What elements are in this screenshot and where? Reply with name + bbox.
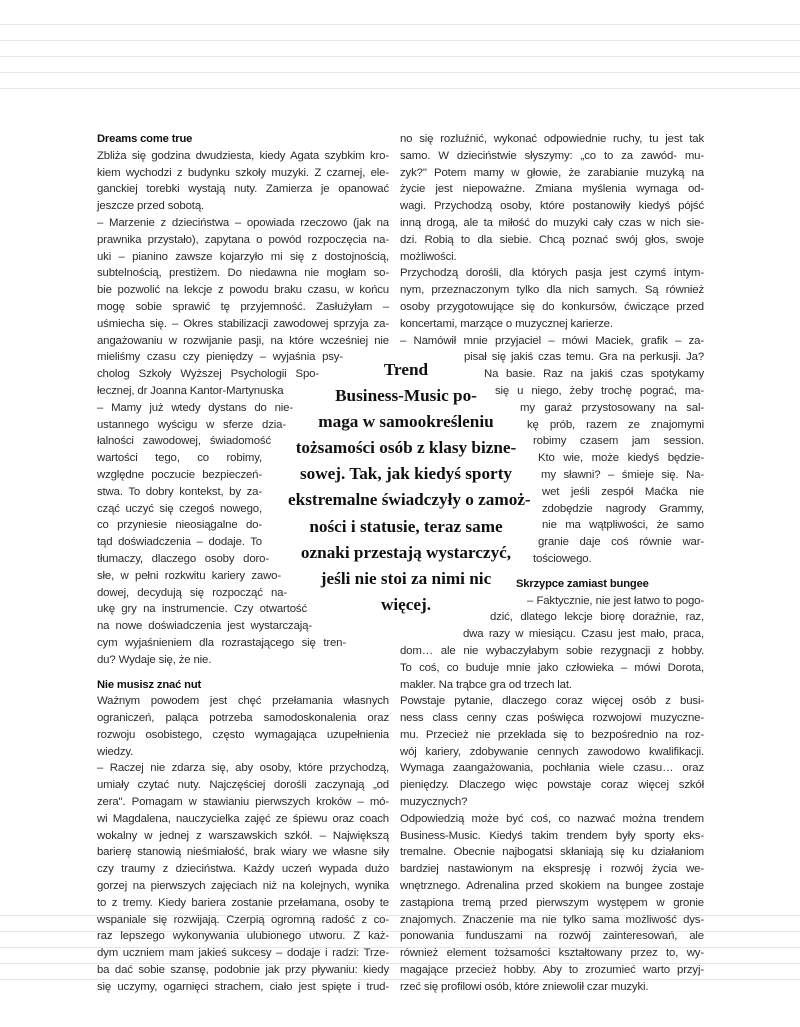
text-line: rozwoju osobistego, często wymagająca uz… <box>97 727 389 744</box>
text-line: no się rozluźnić, wykonać odpowiednie ru… <box>400 131 704 148</box>
text-line: znajomych. Znaczenie ma nie tylko sama m… <box>400 912 704 929</box>
text-line: kę prób, razem ze znajomymi <box>527 417 704 434</box>
text-line: co przyniesie nieosiągalne do- <box>97 517 262 534</box>
text-line: ponowania funduszami na rozwój zainteres… <box>400 928 704 945</box>
pull-quote-line: Trend <box>288 357 524 383</box>
text-line: – Marzenie z dzieciństwa – opowiada rzec… <box>97 215 389 232</box>
pull-quote-line: ekstremalne świadczyły o zamoż- <box>288 487 524 513</box>
text-line: Zbliża się godzina dwudziesta, kiedy Aga… <box>97 148 389 165</box>
text-line: zyk?" Potem mamy w głowie, że zarabianie… <box>400 165 704 182</box>
text-line: uki – pianino zawsze kojarzyło mi się z … <box>97 249 389 266</box>
text-line: du? Wydaje się, że nie. <box>97 652 389 669</box>
text-line: słe, w pełni rozkwitu kariery zawo- <box>97 568 281 585</box>
text-line: pieniędzy. Dlaczego więc powstaje coraz … <box>400 777 704 794</box>
text-line: Odpowiedzią może być coś, co nazwać możn… <box>400 811 704 828</box>
staff-line-top-5 <box>0 88 800 89</box>
text-line: bardziej nastawionym na ekspresję i rozw… <box>400 861 704 878</box>
text-line: wi Magdalena, nauczycielka zajęć ze śpie… <box>97 811 389 828</box>
text-line: Business-Music. Kiedyś takim trendem był… <box>400 828 704 845</box>
text-line: dzi. Robią to dla siebie. Chcą poznać sw… <box>400 232 704 249</box>
text-line: Kto wie, może kiedyś będzie- <box>538 450 704 467</box>
text-line: wet jeśli zespół Maćka nie <box>542 484 704 501</box>
text-line: wiedzy. <box>97 744 389 761</box>
text-line: na nowe doświadczenia jest wystarczają- <box>97 618 312 635</box>
text-line: czy traumy z dzieciństwa. Każdy uczeń wy… <box>97 861 389 878</box>
text-line: wartości tego, co robimy, <box>97 450 262 467</box>
pull-quote-line: oznaki przestają wystarczyć, <box>288 540 524 566</box>
text-line: tłumaczy, dlaczego osoby doro- <box>97 551 269 568</box>
text-line: nie ma wątpliwości, że samo <box>542 517 704 534</box>
text-line: – Namówił mnie przyjaciel – mówi Maciek,… <box>400 333 704 350</box>
text-line: – Faktycznie, nie jest łatwo to pogo- <box>527 593 704 610</box>
text-line: łalności zawodowej, świadomość <box>97 433 271 450</box>
staff-line-top-4 <box>0 72 800 73</box>
text-line: angażowaniu w rozwijanie pasji, na które… <box>97 333 389 350</box>
text-line: uśmiecha się. – Okres stabilizacji zawod… <box>97 316 389 333</box>
pull-quote-line: sowej. Tak, jak kiedyś sporty <box>288 461 524 487</box>
text-line: mu. Przecież nie przekłada się to bezpoś… <box>400 727 704 744</box>
text-line: my garaż przystosowany na sal- <box>520 400 704 417</box>
pull-quote-line: jeśli nie stoi za nimi nic <box>288 566 524 592</box>
staff-line-top-3 <box>0 56 800 57</box>
text-line: – Raczej nie zdarza się, aby osoby, któr… <box>97 760 389 777</box>
text-line: możliwości. <box>400 249 704 266</box>
text-line: wój kariery, zdobywanie cennych zawodowo… <box>400 744 704 761</box>
text-line: subtelnością, prestiżem. Do niedawna nie… <box>97 265 389 282</box>
text-line: makler. Na trąbce gra od trzech lat. <box>400 677 704 694</box>
text-line: tąd doświadczenia – dodaje. To <box>97 534 262 551</box>
pull-quote-line: Business-Music po- <box>288 383 524 409</box>
text-line: się uczymy, ogarnięci strachem, ciało je… <box>97 979 389 996</box>
text-line: gorzej na pierwszych zajęciach niż na ko… <box>97 878 389 895</box>
text-line: prawnika przystało), zapytana o powód ro… <box>97 232 389 249</box>
text-line: wspaniale się rozwijają. Czerpią ogromną… <box>97 912 389 929</box>
text-line: zastąpiona tremą przed pierwszym występe… <box>400 895 704 912</box>
text-line: nym, przeznaczonym tylko dla nich samych… <box>400 282 704 299</box>
pull-quote: Trend Business-Music po- maga w samookre… <box>288 357 524 618</box>
text-line: Przychodzą dorośli, dla których pasja je… <box>400 265 704 282</box>
text-line: Ważnym powodem jest chęć przełamania wła… <box>97 693 389 710</box>
text-line: to z tremy. Kiedy bariera zostanie przeł… <box>97 895 389 912</box>
pull-quote-line: tożsamości osób z klasy bizne- <box>288 435 524 461</box>
text-line: również element tożsamości kształtowany … <box>400 945 704 962</box>
text-line: barierę stanowią nieśmiałość, brak wiary… <box>97 844 389 861</box>
section-heading-nie-musisz-znac-nut: Nie musisz znać nut <box>97 677 389 694</box>
text-line: cym wyjaśnieniem dla rozrastającego się … <box>97 635 346 652</box>
text-line: ograniczeń, paląca potrzeba samodoskonal… <box>97 710 389 727</box>
staff-line-top-1 <box>0 24 800 25</box>
text-line: ba dać sobie szansę, podobnie jak przy p… <box>97 962 389 979</box>
text-line: ness class cenny czas poświęca rozwojowi… <box>400 710 704 727</box>
text-line: inną drogą, ale ta miłość do muzyki cały… <box>400 215 704 232</box>
text-line: ukę gry na instrumencie. Czy otwartość <box>97 601 307 618</box>
text-line: dom… ale nie wybaczyłabym sobie rezygnac… <box>400 643 704 660</box>
text-line: wnętrznego. Adrenalina przed skokiem na … <box>400 878 704 895</box>
text-line: stwa. To dobry kontekst, by za- <box>97 484 262 501</box>
pull-quote-line: więcej. <box>288 592 524 618</box>
text-line: ganckiej torebki wystają nuty. Zamierza … <box>97 181 389 198</box>
text-line: tremalne. Obecnie najbogatsi skłaniają s… <box>400 844 704 861</box>
staff-line-top-2 <box>0 40 800 41</box>
text-line: rzeć się profilowi osób, które zniewolił… <box>400 979 704 996</box>
text-line: magające przecież hobby. Aby to zrozumie… <box>400 962 704 979</box>
pull-quote-line: maga w samookreśleniu <box>288 409 524 435</box>
text-line: Wymaga zaangażowania, pochłania wiele cz… <box>400 760 704 777</box>
section-heading-dreams-come-true: Dreams come true <box>97 131 389 148</box>
text-line: tościowego. <box>533 551 704 568</box>
section-heading-skrzypce-zamiast-bungee: Skrzypce zamiast bungee <box>516 576 704 593</box>
text-line: cholog Szkoły Wyższej Psychologii Spo- <box>97 366 319 383</box>
text-line: zdobędzie nagrody Grammy, <box>542 501 704 518</box>
text-line: muzycznych? <box>400 794 704 811</box>
text-line: jeszcze przed sobotą. <box>97 198 389 215</box>
text-line: dym uczniem mam jakieś sukcesy – dodaje … <box>97 945 389 962</box>
text-line: mogę sobie sprawić tę przyjemność. Zasłu… <box>97 299 389 316</box>
text-line: koncertami, marzące o muzycznej karierze… <box>400 316 704 333</box>
text-line: Powstaje pytanie, dlaczego coraz więcej … <box>400 693 704 710</box>
text-line: wagi. Przychodzą osoby, które postanowił… <box>400 198 704 215</box>
pull-quote-line: ności i statusie, teraz same <box>288 514 524 540</box>
text-line: bie pozwolić na lekcje z powodu braku cz… <box>97 282 389 299</box>
text-line: osoby przygotowujące się do konkursów, ć… <box>400 299 704 316</box>
text-line: robimy czasem jam session. <box>533 433 704 450</box>
text-line: kiem wychodzi z budynku szkoły muzyki. Z… <box>97 165 389 182</box>
text-line: względne poczucie bezpieczeń- <box>97 467 262 484</box>
text-line: raz lepszego wykonywania ulubionego utwo… <box>97 928 389 945</box>
text-line: dowej, decydują się rozpocząć na- <box>97 585 287 602</box>
text-line: my sławni? – śmieje się. Na- <box>541 467 704 484</box>
text-line: umiały czytać nuty. Najczęściej dorośli … <box>97 777 389 794</box>
text-line: To coś, co buduje mnie jako człowieka – … <box>400 660 704 677</box>
text-line: – Mamy już wtedy dystans do nie- <box>97 400 293 417</box>
text-line: życie jest niepoważne. Zmiana myślenia w… <box>400 181 704 198</box>
text-line: cząć uczyć się czegoś nowego, <box>97 501 262 518</box>
text-line: ustannego wyścigu w sferze dzia- <box>97 417 286 434</box>
article-section-nie-musisz: Ważnym powodem jest chęć przełamania wła… <box>97 693 389 995</box>
text-line: samo. W dzieciństwie słyszymy: „co to za… <box>400 148 704 165</box>
text-line: dwa razy w miesiącu. Czasu jest mało, pr… <box>463 626 704 643</box>
text-line: zera". Pomagam w stawianiu pierwszych kr… <box>97 794 389 811</box>
article-section-skrzypce: – Faktycznie, nie jest łatwo to pogo- dz… <box>400 593 704 996</box>
text-line: się u niego, żeby trochę pograć, ma- <box>495 383 704 400</box>
text-line: granie daje coś równie war- <box>538 534 704 551</box>
text-line: wokalny w jednej z warszawskich szkół. –… <box>97 828 389 845</box>
